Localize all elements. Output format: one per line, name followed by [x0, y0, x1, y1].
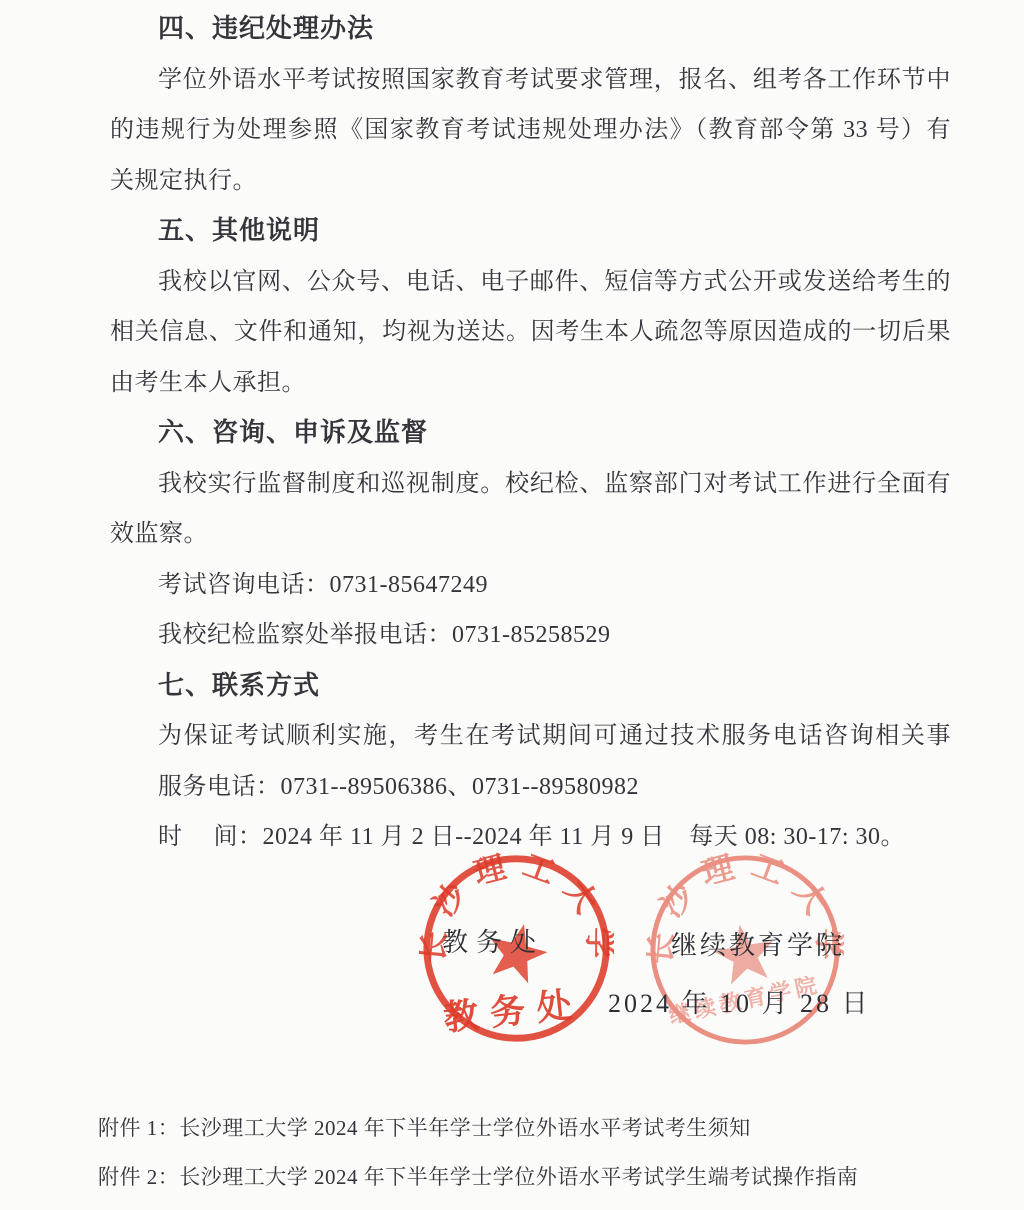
- dept-signature-academic-affairs: 教务处: [442, 922, 544, 959]
- attachment-line-2: 附件 2：长沙理工大学 2024 年下半年学士学位外语水平考试学生端考试操作指南: [98, 1153, 998, 1202]
- seal-office-text: 教务处: [442, 985, 586, 1038]
- service-phone-line: 服务电话：0731--89506386、0731--89580982: [110, 762, 951, 813]
- section-heading-4: 四、违纪处理办法: [110, 4, 951, 55]
- dept-signature-continuing-education: 继续教育学院: [671, 925, 845, 962]
- body-line: 相关信息、文件和通知，均视为送达。因考生本人疏忽等原因造成的一切后果: [110, 307, 951, 358]
- issue-date: 2024 年 10 月 28 日: [608, 983, 871, 1020]
- section-heading-5: 五、其他说明: [110, 206, 951, 257]
- body-line: 我校实行监督制度和巡视制度。校纪检、监察部门对考试工作进行全面有: [110, 459, 951, 510]
- body-line: 关规定执行。: [110, 156, 951, 207]
- exam-consult-phone-line: 考试咨询电话：0731-85647249: [110, 560, 951, 611]
- body-line: 我校以官网、公众号、电话、电子邮件、短信等方式公开或发送给考生的: [110, 257, 951, 308]
- document-page: 四、违纪处理办法 学位外语水平考试按照国家教育考试要求管理，报名、组考各工作环节…: [0, 0, 1024, 1210]
- document-body: 四、违纪处理办法 学位外语水平考试按照国家教育考试要求管理，报名、组考各工作环节…: [110, 4, 951, 863]
- body-line: 由考生本人承担。: [110, 358, 951, 409]
- body-line: 学位外语水平考试按照国家教育考试要求管理，报名、组考各工作环节中: [110, 55, 951, 106]
- attachment-line-1: 附件 1：长沙理工大学 2024 年下半年学士学位外语水平考试考生须知: [98, 1104, 998, 1153]
- report-phone-line: 我校纪检监察处举报电话：0731-85258529: [110, 610, 951, 661]
- body-line: 效监察。: [110, 509, 951, 560]
- section-heading-6: 六、咨询、申诉及监督: [110, 408, 951, 459]
- body-line: 的违规行为处理参照《国家教育考试违规处理办法》（教育部令第 33 号）有: [110, 105, 951, 156]
- attachments-block: 附件 1：长沙理工大学 2024 年下半年学士学位外语水平考试考生须知 附件 2…: [98, 1104, 998, 1202]
- body-line: 为保证考试顺利实施，考生在考试期间可通过技术服务电话咨询相关事宜。: [110, 711, 951, 762]
- section-heading-7: 七、联系方式: [110, 661, 951, 712]
